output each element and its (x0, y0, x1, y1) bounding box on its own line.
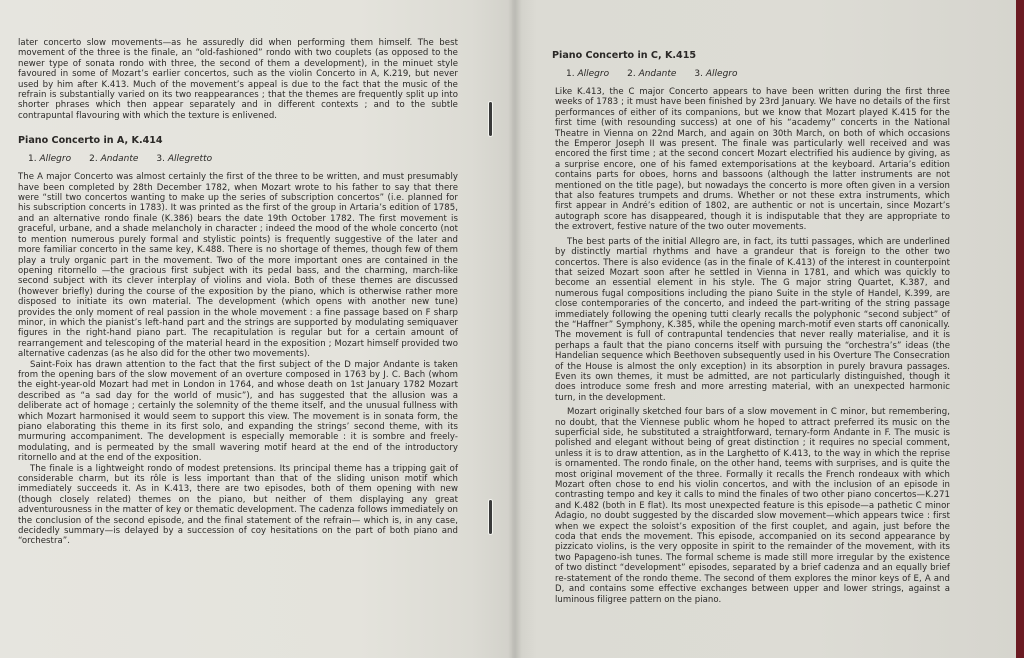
right-page: Piano Concerto in C, K.415 1. Allegro 2.… (512, 0, 1016, 658)
movement-item: 3. Allegro (694, 69, 737, 79)
staple-icon (489, 102, 492, 136)
left-page: later concerto slow movements—as he assu… (0, 0, 512, 658)
movement-list-k415: 1. Allegro 2. Andante 3. Allegro (532, 69, 986, 79)
continuation-paragraph: later concerto slow movements—as he assu… (18, 38, 458, 121)
k413-finale-continuation: later concerto slow movements—as he assu… (18, 38, 458, 121)
spine-gutter (508, 0, 522, 658)
body-paragraph: Like K.413, the C major Concerto appears… (555, 87, 950, 233)
k415-body: Like K.413, the C major Concerto appears… (532, 87, 950, 605)
body-paragraph: The finale is a lightweight rondo of mod… (18, 464, 458, 547)
section-title-k415: Piano Concerto in C, K.415 (532, 50, 986, 61)
k414-body: The A major Concerto was almost certainl… (18, 172, 458, 547)
body-paragraph: Saint-Foix has drawn attention to the fa… (18, 360, 458, 464)
movement-item: 2. Andante (627, 69, 676, 79)
movement-item: 1. Allegro (566, 69, 609, 79)
movement-item: 2. Andante (89, 154, 138, 164)
body-paragraph: Mozart originally sketched four bars of … (555, 407, 950, 605)
movement-list-k414: 1. Allegro 2. Andante 3. Allegretto (18, 154, 492, 164)
section-title-k414: Piano Concerto in A, K.414 (18, 135, 492, 146)
staple-icon (489, 500, 492, 534)
body-paragraph: The best parts of the initial Allegro ar… (555, 237, 950, 404)
movement-item: 3. Allegretto (156, 154, 212, 164)
body-paragraph: The A major Concerto was almost certainl… (18, 172, 458, 359)
booklet-spread: later concerto slow movements—as he assu… (0, 0, 1016, 658)
movement-item: 1. Allegro (28, 154, 71, 164)
